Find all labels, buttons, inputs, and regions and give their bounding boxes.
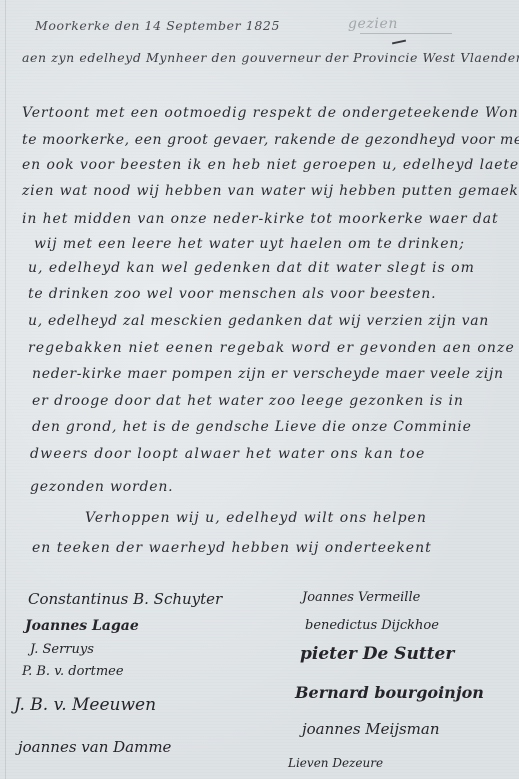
signature: P. B. v. dortmee [22, 664, 124, 679]
body-line: en ook voor beesten ik en heb niet geroe… [22, 157, 519, 173]
body-line: u, edelheyd zal mesckien gedanken dat wi… [28, 313, 489, 329]
signature: J. B. v. Meeuwen [14, 695, 156, 715]
body-line: te drinken zoo wel voor menschen als voo… [28, 286, 436, 302]
body-line: Vertoont met een ootmoedig respekt de on… [22, 105, 519, 121]
signature: benedictus Dijckhoe [305, 618, 439, 633]
signature: Constantinus B. Schuyter [28, 590, 222, 608]
signature: J. Serruys [30, 642, 94, 657]
date-line: Moorkerke den 14 September 1825 [35, 18, 280, 33]
body-line: u, edelheyd kan wel gedenken dat dit wat… [28, 260, 475, 276]
signature: pieter De Sutter [300, 644, 454, 664]
page-edge-line [5, 0, 6, 779]
signature: Bernard bourgoinjon [295, 683, 484, 702]
body-line: te moorkerke, een groot gevaer, rakende … [22, 132, 519, 148]
body-line: er drooge door dat het water zoo leege g… [32, 393, 464, 409]
body-line: neder-kirke maer pompen zijn er verschey… [32, 366, 504, 382]
margin-annotation: gezien [348, 16, 398, 32]
ink-mark [392, 40, 406, 45]
body-line: dweers door loopt alwaer het water ons k… [30, 446, 425, 462]
signature: Joannes Lagae [25, 618, 139, 634]
closing-line: Verhoppen wij u, edelheyd wilt ons helpe… [85, 510, 427, 526]
body-line: in het midden van onze neder-kirke tot m… [22, 211, 499, 227]
body-line: zien wat nood wij hebben van water wij h… [22, 183, 519, 199]
signature: joannes van Damme [18, 738, 171, 756]
annotation-underline [360, 33, 452, 34]
signature: Joannes Vermeille [302, 590, 420, 605]
address-line: aen zyn edelheyd Mynheer den gouverneur … [22, 50, 519, 65]
signature: joannes Meijsman [302, 720, 440, 738]
closing-line: en teeken der waerheyd hebben wij ondert… [32, 540, 432, 556]
document-page: Moorkerke den 14 September 1825 gezien a… [0, 0, 519, 779]
body-line: gezonden worden. [30, 479, 173, 495]
body-line: den grond, het is de gendsche Lieve die … [32, 419, 472, 435]
body-line: regebakken niet eenen regebak word er ge… [28, 340, 515, 356]
body-line: wij met een leere het water uyt haelen o… [34, 236, 465, 252]
signature: Lieven Dezeure [288, 756, 383, 770]
